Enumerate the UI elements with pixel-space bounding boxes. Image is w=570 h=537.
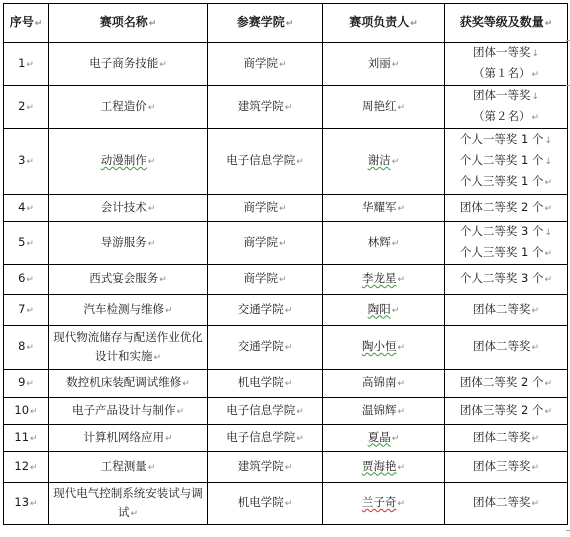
line-break-mark-icon: ↓ — [545, 157, 553, 167]
award-line: 团体二等奖 2 个↵ — [447, 373, 565, 394]
paragraph-mark-icon: ↵ — [148, 463, 156, 473]
table-row: 9↵数控机床装配调试维修↵机电学院↵高锦南↵团体二等奖 2 个↵ — [4, 370, 568, 398]
cell-leader: 贾海艳↵ — [323, 452, 445, 483]
cell-award: 团体三等奖↵ — [445, 452, 568, 483]
table-row: 8↵现代物流储存与配送作业优化设计和实施↵交通学院↵陶小恒↵团体二等奖↵ — [4, 326, 568, 370]
cell-no: 13↵ — [4, 483, 49, 525]
cell-event: 电子商务技能↵ — [49, 43, 208, 86]
award-line: 个人三等奖 1 个↵ — [447, 172, 565, 193]
cell-college: 建筑学院↵ — [208, 452, 323, 483]
cell-leader: 李龙星↵ — [323, 265, 445, 295]
cell-award: 团体一等奖↓（第２名）↵ — [445, 86, 568, 129]
cell-event: 现代电气控制系统安装试与调试↵ — [49, 483, 208, 525]
paragraph-mark-icon: ↵ — [159, 275, 167, 285]
cell-award: 团体二等奖↵ — [445, 483, 568, 525]
cell-leader: 高锦南↵ — [323, 370, 445, 398]
award-line: 个人三等奖 1 个↵ — [447, 243, 565, 264]
cell-leader: 兰子奇↵ — [323, 483, 445, 525]
paragraph-mark-icon: ↵ — [531, 113, 539, 123]
paragraph-mark-icon: ↵ — [545, 407, 553, 417]
paragraph-mark-icon: ↵ — [148, 103, 156, 113]
cell-event: 汽车检测与维修↵ — [49, 295, 208, 326]
table-row: 7↵汽车检测与维修↵交通学院↵陶阳↵团体二等奖↵ — [4, 295, 568, 326]
award-line: 团体二等奖↵ — [447, 337, 565, 358]
cell-no: 2↵ — [4, 86, 49, 129]
award-line: 团体三等奖↵ — [447, 457, 565, 478]
paragraph-mark-icon: ↵ — [279, 239, 287, 249]
cell-no: 7↵ — [4, 295, 49, 326]
paragraph-mark-icon: ↵ — [26, 204, 34, 214]
paragraph-mark-icon: ↵ — [531, 70, 539, 80]
cell-event: 工程造价↵ — [49, 86, 208, 129]
cell-college: 商学院↵ — [208, 265, 323, 295]
award-line: 团体一等奖↓ — [447, 86, 565, 107]
line-break-mark-icon: ↓ — [545, 228, 553, 238]
paragraph-mark-icon: ↵ — [397, 499, 405, 509]
cell-award: 团体二等奖↵ — [445, 295, 568, 326]
cell-leader: 林辉↵ — [323, 222, 445, 265]
paragraph-mark-icon: ↵ — [397, 103, 405, 113]
table-row: 12↵工程测量↵建筑学院↵贾海艳↵团体三等奖↵ — [4, 452, 568, 483]
cell-event: 计算机网络应用↵ — [49, 425, 208, 452]
table-row: 3↵动漫制作↵电子信息学院↵谢洁↵个人一等奖 1 个↓个人二等奖 1 个↓个人三… — [4, 129, 568, 195]
cell-award: 团体二等奖↵ — [445, 425, 568, 452]
header-event: 赛项名称↵ — [49, 4, 208, 43]
cell-leader: 陶小恒↵ — [323, 326, 445, 370]
cell-leader: 陶阳↵ — [323, 295, 445, 326]
table-body: 1↵电子商务技能↵商学院↵刘丽↵团体一等奖↓（第１名）↵2↵工程造价↵建筑学院↵… — [4, 43, 568, 525]
paragraph-mark-icon: ↵ — [286, 19, 294, 29]
cell-leader: 夏晶↵ — [323, 425, 445, 452]
cell-college: 商学院↵ — [208, 43, 323, 86]
cell-no: 3↵ — [4, 129, 49, 195]
award-line: 个人二等奖 1 个↓ — [447, 151, 565, 172]
cell-no: 5↵ — [4, 222, 49, 265]
cell-award: 个人二等奖 3 个↓个人三等奖 1 个↵ — [445, 222, 568, 265]
award-line: （第１名）↵ — [447, 64, 565, 85]
paragraph-mark-icon: ↵ — [165, 434, 173, 444]
cell-event: 电子产品设计与制作↵ — [49, 398, 208, 425]
margin-mark — [566, 530, 570, 531]
paragraph-mark-icon: ↵ — [148, 239, 156, 249]
awards-table: 序号↵ 赛项名称↵ 参赛学院↵ 赛项负责人↵ 获奖等级及数量↵ 1↵电子商务技能… — [3, 3, 568, 525]
paragraph-mark-icon: ↵ — [545, 379, 553, 389]
paragraph-mark-icon: ↵ — [397, 343, 405, 353]
paragraph-mark-icon: ↵ — [397, 407, 405, 417]
paragraph-mark-icon: ↵ — [182, 379, 190, 389]
award-line: 团体二等奖↵ — [447, 493, 565, 514]
paragraph-mark-icon: ↵ — [26, 379, 34, 389]
paragraph-mark-icon: ↵ — [531, 343, 539, 353]
paragraph-mark-icon: ↵ — [30, 463, 38, 473]
paragraph-mark-icon: ↵ — [279, 60, 287, 70]
paragraph-mark-icon: ↵ — [149, 19, 157, 29]
cell-award: 团体三等奖 2 个↵ — [445, 398, 568, 425]
cell-college: 电子信息学院↵ — [208, 425, 323, 452]
paragraph-mark-icon: ↵ — [392, 157, 400, 167]
paragraph-mark-icon: ↵ — [531, 499, 539, 509]
cell-no: 12↵ — [4, 452, 49, 483]
cell-award: 团体一等奖↓（第１名）↵ — [445, 43, 568, 86]
cell-leader: 谢洁↵ — [323, 129, 445, 195]
paragraph-mark-icon: ↵ — [159, 60, 167, 70]
cell-award: 团体二等奖 2 个↵ — [445, 195, 568, 222]
cell-award: 团体二等奖↵ — [445, 326, 568, 370]
paragraph-mark-icon: ↵ — [35, 19, 43, 29]
cell-leader: 刘丽↵ — [323, 43, 445, 86]
paragraph-mark-icon: ↵ — [165, 306, 173, 316]
paragraph-mark-icon: ↵ — [285, 343, 293, 353]
paragraph-mark-icon: ↵ — [148, 204, 156, 214]
cell-college: 交通学院↵ — [208, 295, 323, 326]
paragraph-mark-icon: ↵ — [26, 103, 34, 113]
margin-mark — [566, 40, 570, 41]
paragraph-mark-icon: ↵ — [279, 204, 287, 214]
cell-award: 团体二等奖 2 个↵ — [445, 370, 568, 398]
paragraph-mark-icon: ↵ — [285, 499, 293, 509]
paragraph-mark-icon: ↵ — [285, 463, 293, 473]
cell-college: 机电学院↵ — [208, 370, 323, 398]
award-line: 团体三等奖 2 个↵ — [447, 401, 565, 422]
paragraph-mark-icon: ↵ — [410, 19, 418, 29]
award-line: （第２名）↵ — [447, 107, 565, 128]
paragraph-mark-icon: ↵ — [392, 60, 400, 70]
table-row: 11↵计算机网络应用↵电子信息学院↵夏晶↵团体二等奖↵ — [4, 425, 568, 452]
paragraph-mark-icon: ↵ — [545, 178, 553, 188]
cell-college: 商学院↵ — [208, 195, 323, 222]
cell-no: 1↵ — [4, 43, 49, 86]
header-no: 序号↵ — [4, 4, 49, 43]
cell-leader: 华耀军↵ — [323, 195, 445, 222]
cell-college: 商学院↵ — [208, 222, 323, 265]
header-college: 参赛学院↵ — [208, 4, 323, 43]
table-row: 2↵工程造价↵建筑学院↵周艳红↵团体一等奖↓（第２名）↵ — [4, 86, 568, 129]
cell-no: 10↵ — [4, 398, 49, 425]
paragraph-mark-icon: ↵ — [26, 275, 34, 285]
award-line: 团体二等奖↵ — [447, 428, 565, 449]
cell-college: 机电学院↵ — [208, 483, 323, 525]
paragraph-mark-icon: ↵ — [392, 306, 400, 316]
cell-event: 数控机床装配调试维修↵ — [49, 370, 208, 398]
cell-no: 6↵ — [4, 265, 49, 295]
cell-event: 会计技术↵ — [49, 195, 208, 222]
paragraph-mark-icon: ↵ — [30, 407, 38, 417]
paragraph-mark-icon: ↵ — [392, 239, 400, 249]
table-row: 5↵导游服务↵商学院↵林辉↵个人二等奖 3 个↓个人三等奖 1 个↵ — [4, 222, 568, 265]
paragraph-mark-icon: ↵ — [397, 275, 405, 285]
table-row: 10↵电子产品设计与制作↵电子信息学院↵温锦辉↵团体三等奖 2 个↵ — [4, 398, 568, 425]
paragraph-mark-icon: ↵ — [279, 275, 287, 285]
cell-college: 电子信息学院↵ — [208, 129, 323, 195]
paragraph-mark-icon: ↵ — [531, 434, 539, 444]
paragraph-mark-icon: ↵ — [545, 19, 553, 29]
paragraph-mark-icon: ↵ — [296, 157, 304, 167]
paragraph-mark-icon: ↵ — [545, 249, 553, 259]
paragraph-mark-icon: ↵ — [285, 379, 293, 389]
paragraph-mark-icon: ↵ — [397, 379, 405, 389]
paragraph-mark-icon: ↵ — [285, 103, 293, 113]
award-line: 团体一等奖↓ — [447, 43, 565, 64]
paragraph-mark-icon: ↵ — [397, 204, 405, 214]
cell-college: 交通学院↵ — [208, 326, 323, 370]
margin-mark — [566, 85, 570, 86]
paragraph-mark-icon: ↵ — [26, 60, 34, 70]
cell-event: 西式宴会服务↵ — [49, 265, 208, 295]
paragraph-mark-icon: ↵ — [30, 499, 38, 509]
award-line: 团体二等奖 2 个↵ — [447, 198, 565, 219]
line-break-mark-icon: ↓ — [531, 49, 539, 59]
paragraph-mark-icon: ↵ — [285, 306, 293, 316]
paragraph-mark-icon: ↵ — [296, 407, 304, 417]
table-row: 6↵西式宴会服务↵商学院↵李龙星↵个人二等奖 3 个↵ — [4, 265, 568, 295]
paragraph-mark-icon: ↵ — [397, 463, 405, 473]
paragraph-mark-icon: ↵ — [531, 463, 539, 473]
paragraph-mark-icon: ↵ — [545, 275, 553, 285]
line-break-mark-icon: ↓ — [545, 136, 553, 146]
cell-event: 工程测量↵ — [49, 452, 208, 483]
cell-no: 4↵ — [4, 195, 49, 222]
paragraph-mark-icon: ↵ — [545, 204, 553, 214]
paragraph-mark-icon: ↵ — [26, 343, 34, 353]
award-line: 个人一等奖 1 个↓ — [447, 130, 565, 151]
paragraph-mark-icon: ↵ — [531, 306, 539, 316]
table-row: 1↵电子商务技能↵商学院↵刘丽↵团体一等奖↓（第１名）↵ — [4, 43, 568, 86]
paragraph-mark-icon: ↵ — [30, 434, 38, 444]
cell-no: 11↵ — [4, 425, 49, 452]
cell-college: 电子信息学院↵ — [208, 398, 323, 425]
paragraph-mark-icon: ↵ — [130, 509, 138, 519]
cell-no: 9↵ — [4, 370, 49, 398]
award-line: 团体二等奖↵ — [447, 300, 565, 321]
table-row: 4↵会计技术↵商学院↵华耀军↵团体二等奖 2 个↵ — [4, 195, 568, 222]
award-line: 个人二等奖 3 个↓ — [447, 222, 565, 243]
paragraph-mark-icon: ↵ — [26, 157, 34, 167]
header-row: 序号↵ 赛项名称↵ 参赛学院↵ 赛项负责人↵ 获奖等级及数量↵ — [4, 4, 568, 43]
header-award: 获奖等级及数量↵ — [445, 4, 568, 43]
paragraph-mark-icon: ↵ — [176, 407, 184, 417]
paragraph-mark-icon: ↵ — [148, 157, 156, 167]
line-break-mark-icon: ↓ — [531, 92, 539, 102]
header-leader: 赛项负责人↵ — [323, 4, 445, 43]
table-row: 13↵现代电气控制系统安装试与调试↵机电学院↵兰子奇↵团体二等奖↵ — [4, 483, 568, 525]
cell-event: 动漫制作↵ — [49, 129, 208, 195]
paragraph-mark-icon: ↵ — [153, 353, 161, 363]
award-line: 个人二等奖 3 个↵ — [447, 269, 565, 290]
cell-award: 个人一等奖 1 个↓个人二等奖 1 个↓个人三等奖 1 个↵ — [445, 129, 568, 195]
cell-leader: 温锦辉↵ — [323, 398, 445, 425]
cell-award: 个人二等奖 3 个↵ — [445, 265, 568, 295]
paragraph-mark-icon: ↵ — [392, 434, 400, 444]
cell-event: 导游服务↵ — [49, 222, 208, 265]
paragraph-mark-icon: ↵ — [26, 239, 34, 249]
paragraph-mark-icon: ↵ — [26, 306, 34, 316]
cell-college: 建筑学院↵ — [208, 86, 323, 129]
cell-no: 8↵ — [4, 326, 49, 370]
cell-event: 现代物流储存与配送作业优化设计和实施↵ — [49, 326, 208, 370]
paragraph-mark-icon: ↵ — [296, 434, 304, 444]
cell-leader: 周艳红↵ — [323, 86, 445, 129]
